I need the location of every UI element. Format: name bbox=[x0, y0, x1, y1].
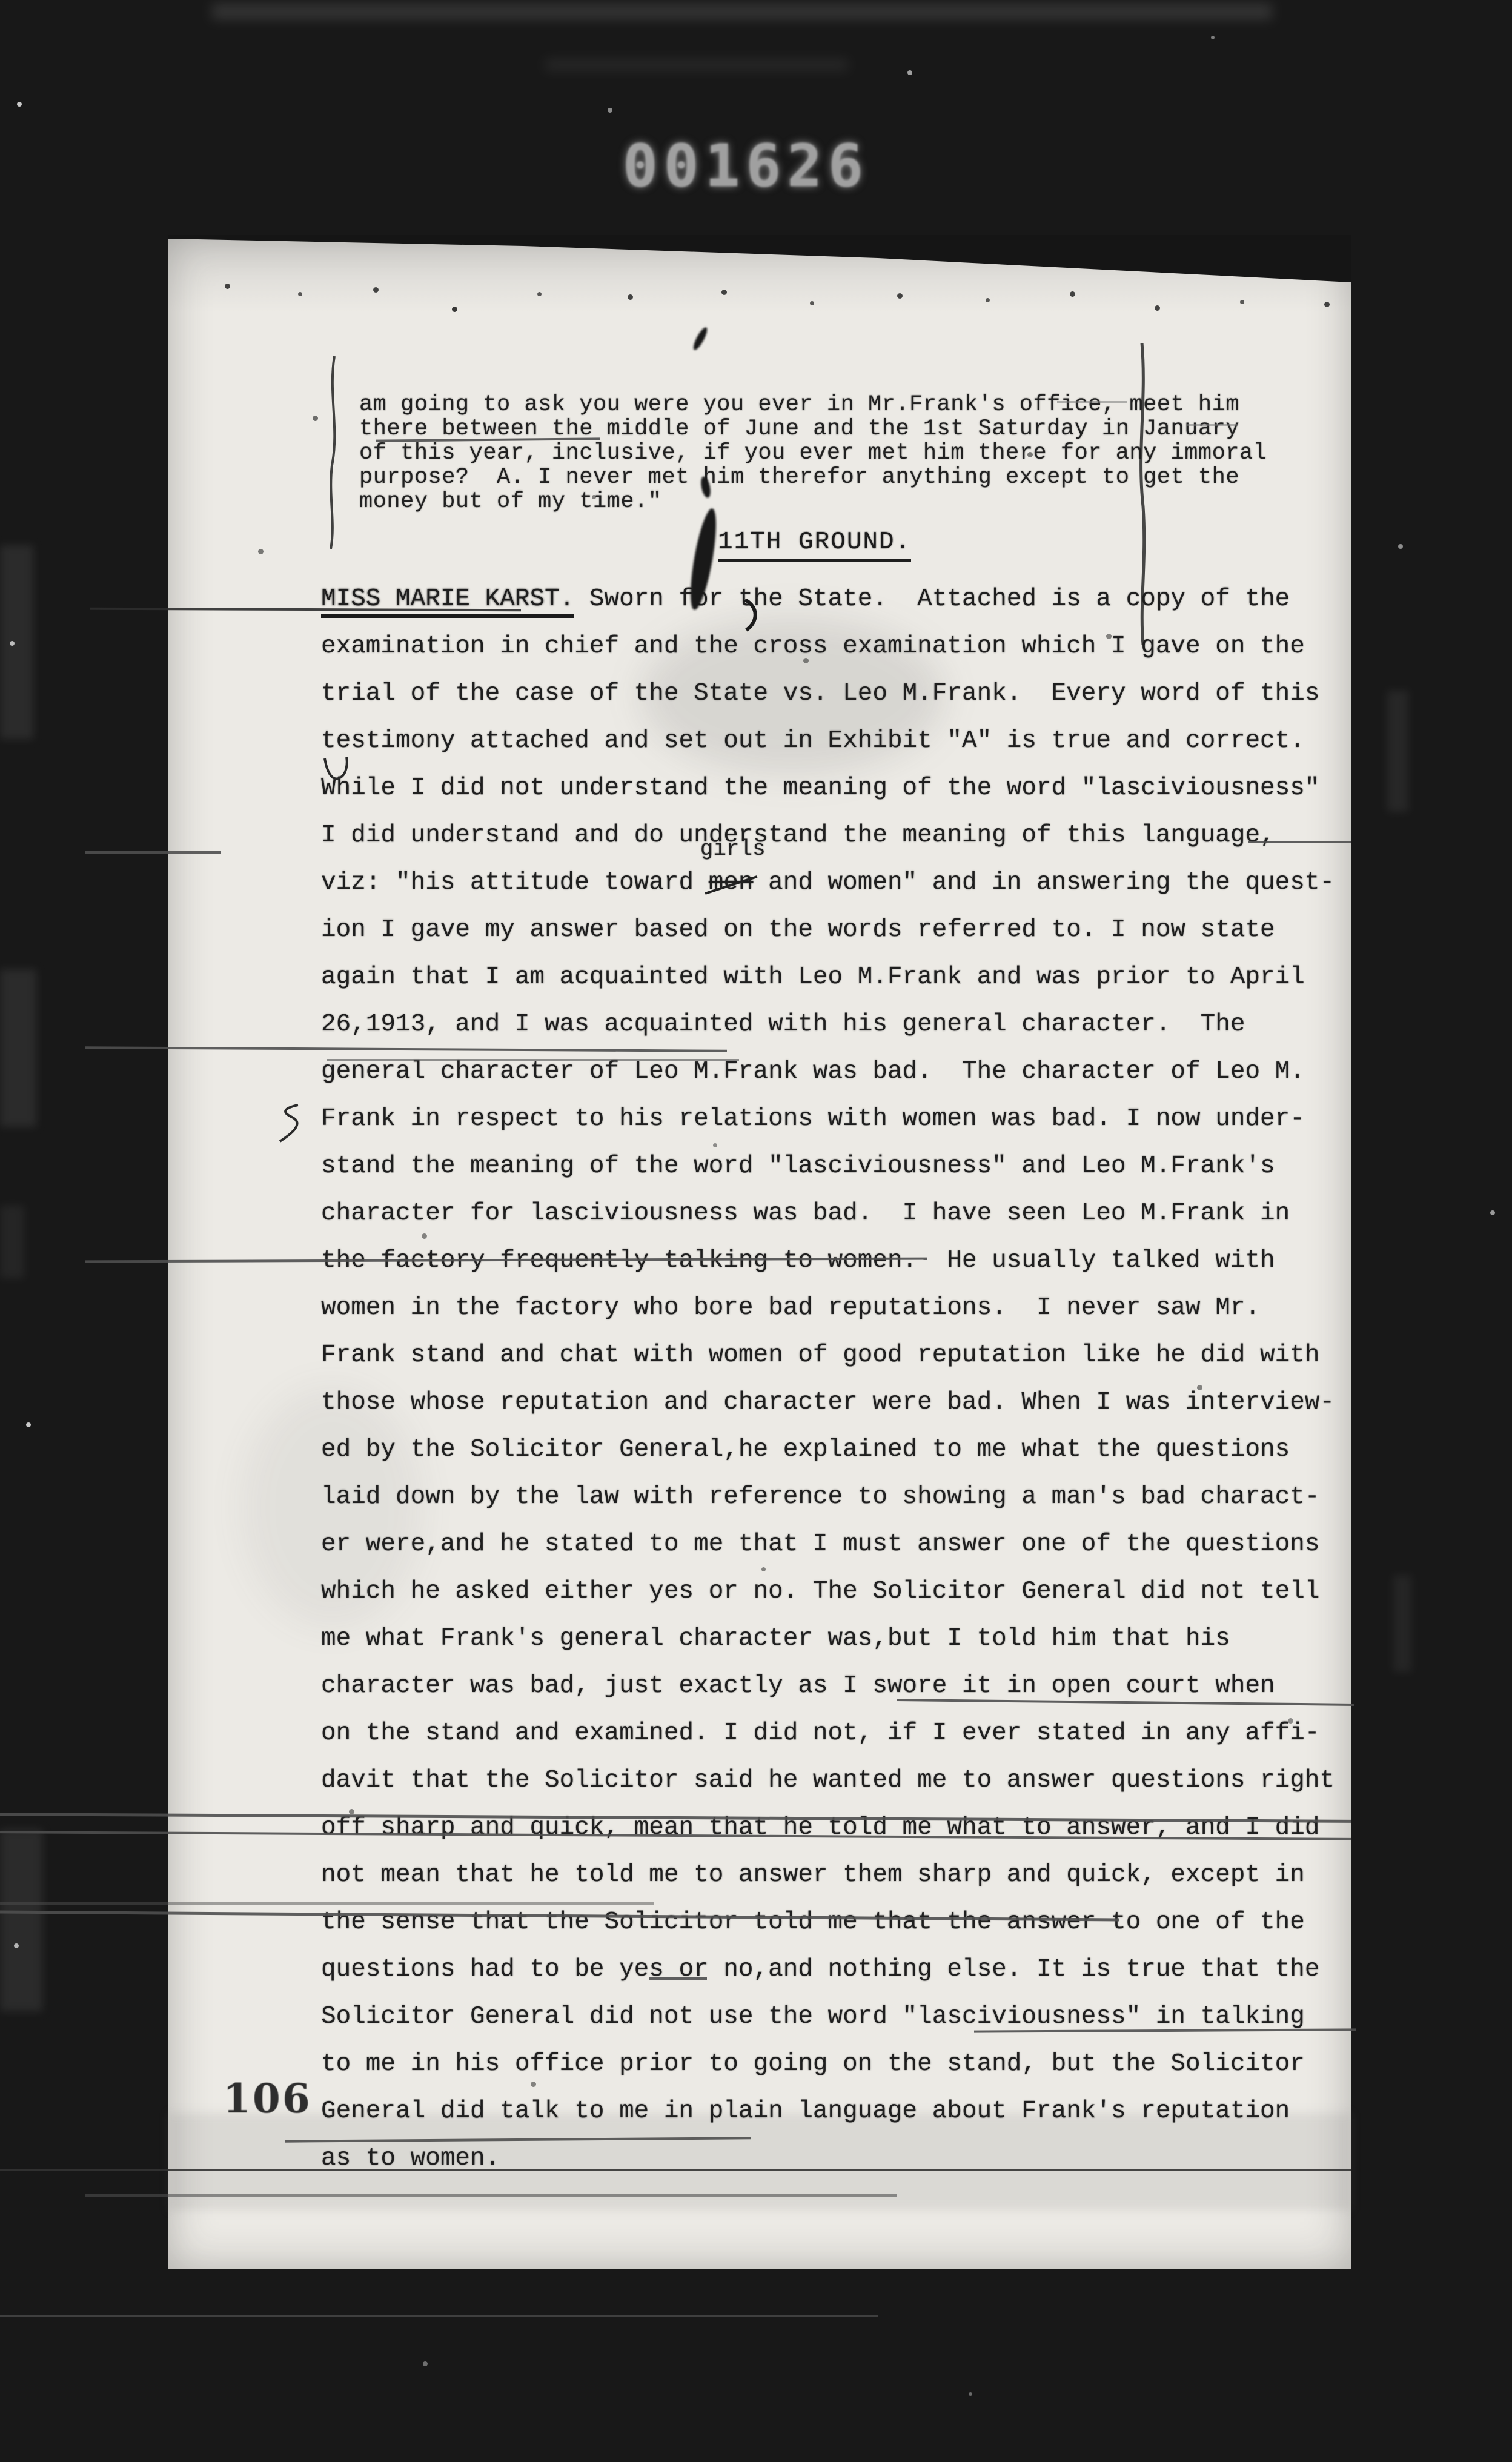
dust-specks bbox=[168, 235, 171, 238]
body-line: general character of Leo M.Frank was bad… bbox=[321, 1048, 1335, 1095]
squiggle-mark bbox=[271, 1101, 314, 1150]
scan-page: am going to ask you were you ever in Mr.… bbox=[168, 235, 1351, 2269]
body-line: laid down by the law with reference to s… bbox=[321, 1473, 1335, 1521]
inserted-word: girls bbox=[700, 838, 766, 860]
check-mark bbox=[320, 755, 362, 791]
body-line-text: and women" and in answering the quest- bbox=[754, 869, 1335, 897]
intro-line: there between the middle of June and the… bbox=[359, 417, 1267, 441]
pencil-line bbox=[85, 2194, 897, 2197]
dust-specks bbox=[0, 0, 2, 2]
body-line: those whose reputation and character wer… bbox=[321, 1379, 1335, 1426]
film-edge-texture bbox=[1393, 1575, 1411, 1672]
film-scratch bbox=[0, 2315, 878, 2317]
body-line: While I did not understand the meaning o… bbox=[321, 765, 1335, 812]
body-line: MISS MARIE KARST. Sworn for the State. A… bbox=[321, 576, 1335, 623]
body-line: trial of the case of the State vs. Leo M… bbox=[321, 670, 1335, 717]
body-line: 26,1913, and I was acquainted with his g… bbox=[321, 1001, 1335, 1048]
body-line: on the stand and examined. I did not, if… bbox=[321, 1710, 1335, 1757]
body-line: women in the factory who bore bad reputa… bbox=[321, 1284, 1335, 1332]
body-line: the sense that the Solicitor told me tha… bbox=[321, 1899, 1335, 1946]
body-paragraph: MISS MARIE KARST. Sworn for the State. A… bbox=[321, 576, 1335, 2182]
film-edge-texture bbox=[1387, 691, 1408, 812]
pencil-dash bbox=[1057, 401, 1127, 403]
body-line: ion I gave my answer based on the words … bbox=[321, 906, 1335, 954]
pencil-strike bbox=[0, 1902, 654, 1905]
ink-streak bbox=[1135, 343, 1153, 646]
ink-streak bbox=[326, 356, 344, 550]
body-line: testimony attached and set out in Exhibi… bbox=[321, 717, 1335, 765]
intro-paragraph: am going to ask you were you ever in Mr.… bbox=[359, 393, 1267, 514]
ink-hook bbox=[741, 599, 766, 635]
body-line: stand the meaning of the word "lasciviou… bbox=[321, 1143, 1335, 1190]
intro-line: am going to ask you were you ever in Mr.… bbox=[359, 393, 1267, 417]
film-edge-texture bbox=[0, 1830, 42, 2011]
body-line: er were,and he stated to me that I must … bbox=[321, 1521, 1335, 1568]
microfilm-scan: 001626 am going to ask you were you ever… bbox=[0, 0, 1512, 2462]
body-line: Solicitor General did not use the word "… bbox=[321, 1993, 1335, 2040]
body-line: ed by the Solicitor General,he explained… bbox=[321, 1426, 1335, 1473]
film-edge-texture bbox=[0, 545, 33, 739]
body-line: Frank in respect to his relations with w… bbox=[321, 1095, 1335, 1143]
body-line: as to women. bbox=[321, 2135, 1335, 2182]
struck-word: mengirls bbox=[709, 859, 754, 906]
intro-line: purpose? A. I never met him therefor any… bbox=[359, 465, 1267, 489]
page-bottom-rule bbox=[0, 2169, 1351, 2171]
witness-name: MISS MARIE KARST. bbox=[321, 585, 574, 618]
film-streak bbox=[545, 59, 848, 70]
section-heading: 11TH GROUND. bbox=[718, 528, 911, 562]
pencil-dash bbox=[1186, 424, 1238, 426]
body-line: which he asked either yes or no. The Sol… bbox=[321, 1568, 1335, 1615]
body-line: Frank stand and chat with women of good … bbox=[321, 1332, 1335, 1379]
body-line: examination in chief and the cross exami… bbox=[321, 623, 1335, 670]
body-line-text: Sworn for the State. Attached is a copy … bbox=[574, 585, 1290, 613]
body-line: viz: "his attitude toward mengirls and w… bbox=[321, 859, 1335, 906]
pencil-dash bbox=[85, 851, 221, 854]
film-edge-texture bbox=[0, 1206, 24, 1278]
intro-line: of this year, inclusive, if you ever met… bbox=[359, 441, 1267, 465]
film-streak bbox=[212, 4, 1272, 19]
film-edge-texture bbox=[0, 969, 36, 1127]
body-line: to me in his office prior to going on th… bbox=[321, 2040, 1335, 2088]
body-line: me what Frank's general character was,bu… bbox=[321, 1615, 1335, 1662]
pencil-strike bbox=[327, 1059, 739, 1061]
body-line: questions had to be yes or no,and nothin… bbox=[321, 1946, 1335, 1993]
body-line-text: viz: "his attitude toward bbox=[321, 869, 709, 897]
body-line: again that I am acquainted with Leo M.Fr… bbox=[321, 954, 1335, 1001]
body-line: character for lasciviousness was bad. I … bbox=[321, 1190, 1335, 1237]
pencil-underline bbox=[649, 1977, 707, 1980]
intro-line: money but of my time." bbox=[359, 489, 1267, 514]
body-line: not mean that he told me to answer them … bbox=[321, 1851, 1335, 1899]
page-number: 106 bbox=[223, 2075, 312, 2122]
body-line: I did understand and do understand the m… bbox=[321, 812, 1335, 859]
pencil-dash bbox=[1248, 841, 1351, 843]
body-line: off sharp and quick, mean that he told m… bbox=[321, 1804, 1335, 1851]
body-line: davit that the Solicitor said he wanted … bbox=[321, 1757, 1335, 1804]
frame-counter-stamp: 001626 bbox=[623, 132, 869, 200]
body-line: General did talk to me in plain language… bbox=[321, 2088, 1335, 2135]
ink-blob bbox=[691, 326, 709, 352]
